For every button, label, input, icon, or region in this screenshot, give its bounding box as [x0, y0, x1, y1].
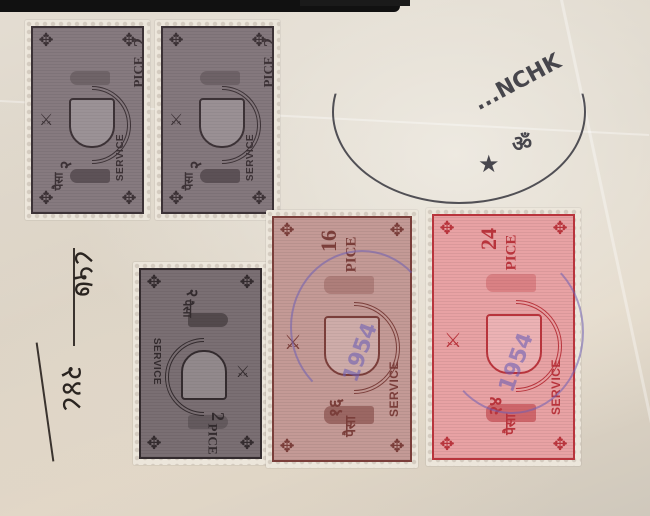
ornament-icon: ✥ [237, 434, 257, 454]
stamp-value-nepali: २ [182, 289, 204, 297]
ornament-icon: ✥ [277, 437, 297, 457]
handwritten-note: २४८ [53, 365, 94, 412]
ornament-icon: ✥ [36, 189, 56, 209]
stamp-value: 16 [316, 230, 342, 252]
postmark-star: ★ [478, 150, 500, 178]
service-overprint: SERVICE [115, 134, 126, 181]
stamp-value: 2 [130, 38, 144, 47]
ornament-icon: ✥ [237, 273, 257, 293]
ornament-icon: ✥ [36, 31, 56, 51]
stamp-unit: PICE [130, 56, 144, 87]
stamp-unit-nepali: पैसा [50, 172, 67, 190]
ornament-icon: ✥ [249, 189, 269, 209]
stamp-value: 2 [260, 38, 274, 47]
ornament-icon: ✥ [550, 219, 570, 239]
ornament-icon: ✥ [277, 221, 297, 241]
crossed-swords-icon: ⚔ [39, 110, 53, 129]
stamp-value-nepali: २ [54, 161, 76, 169]
stamp-2-pice-a: ✥ ✥ ✥ ✥ 2 PICE २ पैसा ⚔ SERVICE [25, 20, 150, 220]
soldier-figure [70, 71, 110, 85]
ornament-icon: ✥ [166, 189, 186, 209]
stamp-2-pice-c: ✥ ✥ ✥ ✥ २ पैसा 2 PICE ⚔ SERVICE [133, 262, 268, 465]
handwritten-note: ८५७ [65, 250, 106, 297]
crossed-swords-icon: ⚔ [236, 362, 250, 381]
stamp-unit-nepali: पैसा [180, 172, 197, 190]
postmark-emblem-icon: ॐ [512, 128, 532, 158]
soldier-figure [188, 415, 228, 429]
soldier-figure [200, 169, 240, 183]
soldier-figure [70, 169, 110, 183]
ornament-icon: ✥ [144, 434, 164, 454]
ornament-icon: ✥ [387, 437, 407, 457]
stamp-value: 24 [476, 228, 502, 250]
ornament-icon: ✥ [387, 221, 407, 241]
ornament-icon: ✥ [119, 189, 139, 209]
ornament-icon: ✥ [550, 435, 570, 455]
service-overprint: SERVICE [151, 338, 162, 385]
ornament-icon: ✥ [437, 435, 457, 455]
crossed-swords-icon: ⚔ [169, 110, 183, 129]
ornament-icon: ✥ [144, 273, 164, 293]
stamp-2-pice-b: ✥ ✥ ✥ ✥ 2 PICE २ पैसा ⚔ SERVICE [155, 20, 280, 220]
stamp-value-nepali: २ [184, 161, 206, 169]
soldier-figure [188, 313, 228, 327]
soldier-figure [324, 406, 374, 424]
service-overprint: SERVICE [245, 134, 256, 181]
ornament-icon: ✥ [166, 31, 186, 51]
stamp-unit: PICE [260, 56, 274, 87]
envelope-edge-shadow-2 [300, 0, 410, 6]
ornament-icon: ✥ [437, 219, 457, 239]
soldier-figure [200, 71, 240, 85]
